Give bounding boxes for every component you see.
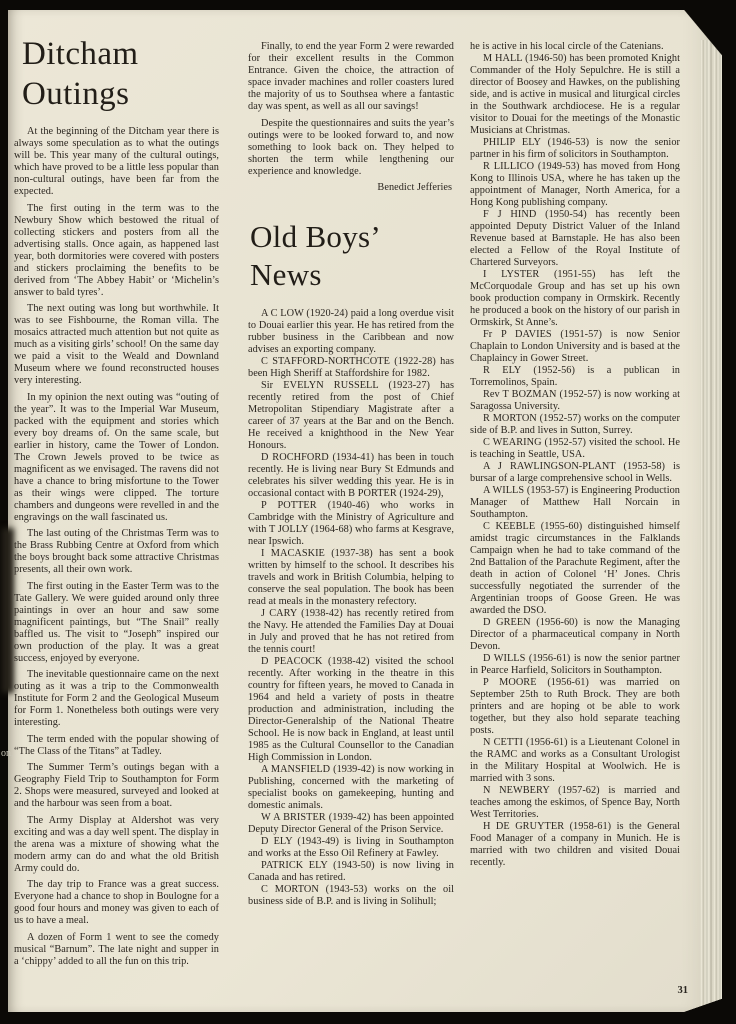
article-paragraph: At the beginning of the Ditcham year the… [14, 126, 219, 198]
article-paragraph: The day trip to France was a great succe… [14, 879, 219, 927]
old-boys-entry: R LILLICO (1949-53) has moved from Hong … [470, 161, 680, 209]
article-paragraph: In my opinion the next outing was “outin… [14, 392, 219, 524]
article-paragraph: Finally, to end the year Form 2 were rew… [248, 41, 454, 113]
old-boys-entry: A C LOW (1920-24) paid a long overdue vi… [248, 308, 454, 356]
column-middle: Finally, to end the year Form 2 were rew… [248, 41, 454, 908]
old-boys-entry: A MANSFIELD (1939-42) is now working in … [248, 764, 454, 812]
scan-corner-bottom-right [677, 997, 722, 1012]
gutter-shadow [2, 528, 14, 693]
old-boys-entry: I MACASKIE (1937-38) has sent a book wri… [248, 548, 454, 608]
old-boys-entry: R ELY (1952-56) is a publican in Torremo… [470, 365, 680, 389]
old-boys-entry: he is active in his local circle of the … [470, 41, 680, 53]
old-boys-entry: Rev T BOZMAN (1952-57) is now working at… [470, 389, 680, 413]
old-boys-entry: D WILLS (1956-61) is now the senior part… [470, 653, 680, 677]
magazine-page: Ditcham Outings At the beginning of the … [8, 10, 722, 1012]
old-boys-entries-middle: A C LOW (1920-24) paid a long overdue vi… [248, 308, 454, 908]
article-paragraph: The term ended with the popular showing … [14, 734, 219, 758]
article-byline: Benedict Jefferies [248, 182, 452, 194]
article-paragraph: The next outing was long but worthwhile.… [14, 303, 219, 387]
old-boys-entry: A J RAWLINGSON-PLANT (1953-58) is bursar… [470, 461, 680, 485]
article-paragraph: The last outing of the Christmas Term wa… [14, 528, 219, 576]
old-boys-entry: F J HIND (1950-54) has recently been app… [470, 209, 680, 269]
article-paragraph: Despite the questionnaires and suits the… [248, 118, 454, 178]
old-boys-entry: M HALL (1946-50) has been promoted Knigh… [470, 53, 680, 137]
old-boys-entry: P POTTER (1940-46) who works in Cambridg… [248, 500, 454, 548]
old-boys-entry: C MORTON (1943-53) works on the oil busi… [248, 884, 454, 908]
adjacent-page-text-fragment: on, [1, 748, 14, 760]
old-boys-entry: D ELY (1943-49) is living in Southampton… [248, 836, 454, 860]
article-paragraph: The Summer Term’s outings began with a G… [14, 762, 219, 810]
article-paragraph: The first outing in the Easter Term was … [14, 581, 219, 665]
column-right: he is active in his local circle of the … [470, 41, 680, 869]
old-boys-entry: C STAFFORD-NORTHCOTE (1922-28) has been … [248, 356, 454, 380]
old-boys-entries-right: he is active in his local circle of the … [470, 41, 680, 869]
column-left: Ditcham Outings At the beginning of the … [14, 34, 219, 972]
article-paragraph: A dozen of Form 1 went to see the comedy… [14, 932, 219, 968]
section-title-line2: News [250, 257, 322, 292]
old-boys-entry: C WEARING (1952-57) visited the school. … [470, 437, 680, 461]
old-boys-entry: N CETTI (1956-61) is a Lieutenant Colone… [470, 737, 680, 785]
article-title-ditcham-outings: Ditcham Outings [22, 34, 219, 114]
old-boys-entry: D GREEN (1956-60) is now the Managing Di… [470, 617, 680, 653]
ditcham-article-continuation: Finally, to end the year Form 2 were rew… [248, 41, 454, 178]
section-title-old-boys-news: Old Boys’News [250, 218, 454, 294]
old-boys-entry: H DE GRUYTER (1958-61) is the General Fo… [470, 821, 680, 869]
old-boys-entry: D PEACOCK (1938-42) visited the school r… [248, 656, 454, 764]
old-boys-entry: PATRICK ELY (1943-50) is now living in C… [248, 860, 454, 884]
old-boys-entry: PHILIP ELY (1946-53) is now the senior p… [470, 137, 680, 161]
old-boys-entry: A WILLS (1953-57) is Engineering Product… [470, 485, 680, 521]
section-title-line1: Old Boys’ [250, 219, 381, 254]
old-boys-entry: J CARY (1938-42) has recently retired fr… [248, 608, 454, 656]
old-boys-entry: P MOORE (1956-61) was married on Septemb… [470, 677, 680, 737]
old-boys-entry: Fr P DAVIES (1951-57) is now Senior Chap… [470, 329, 680, 365]
old-boys-entry: C KEEBLE (1955-60) distinguished himself… [470, 521, 680, 617]
book-page-edges [700, 40, 722, 1006]
old-boys-entry: Sir EVELYN RUSSELL (1923-27) has recentl… [248, 380, 454, 452]
article-paragraph: The inevitable questionnaire came on the… [14, 669, 219, 729]
page-number: 31 [678, 985, 689, 996]
ditcham-article-paragraphs: At the beginning of the Ditcham year the… [14, 126, 219, 968]
old-boys-entry: D ROCHFORD (1934-41) has been in touch r… [248, 452, 454, 500]
scan-corner-top-right [683, 10, 722, 57]
old-boys-entry: I LYSTER (1951-55) has left the McCorquo… [470, 269, 680, 329]
article-paragraph: The first outing in the term was to the … [14, 203, 219, 299]
old-boys-entry: W A BRISTER (1939-42) has been appointed… [248, 812, 454, 836]
old-boys-entry: N NEWBERY (1957-62) is married and teach… [470, 785, 680, 821]
old-boys-entry: R MORTON (1952-57) works on the computer… [470, 413, 680, 437]
article-paragraph: The Army Display at Aldershot was very e… [14, 815, 219, 875]
